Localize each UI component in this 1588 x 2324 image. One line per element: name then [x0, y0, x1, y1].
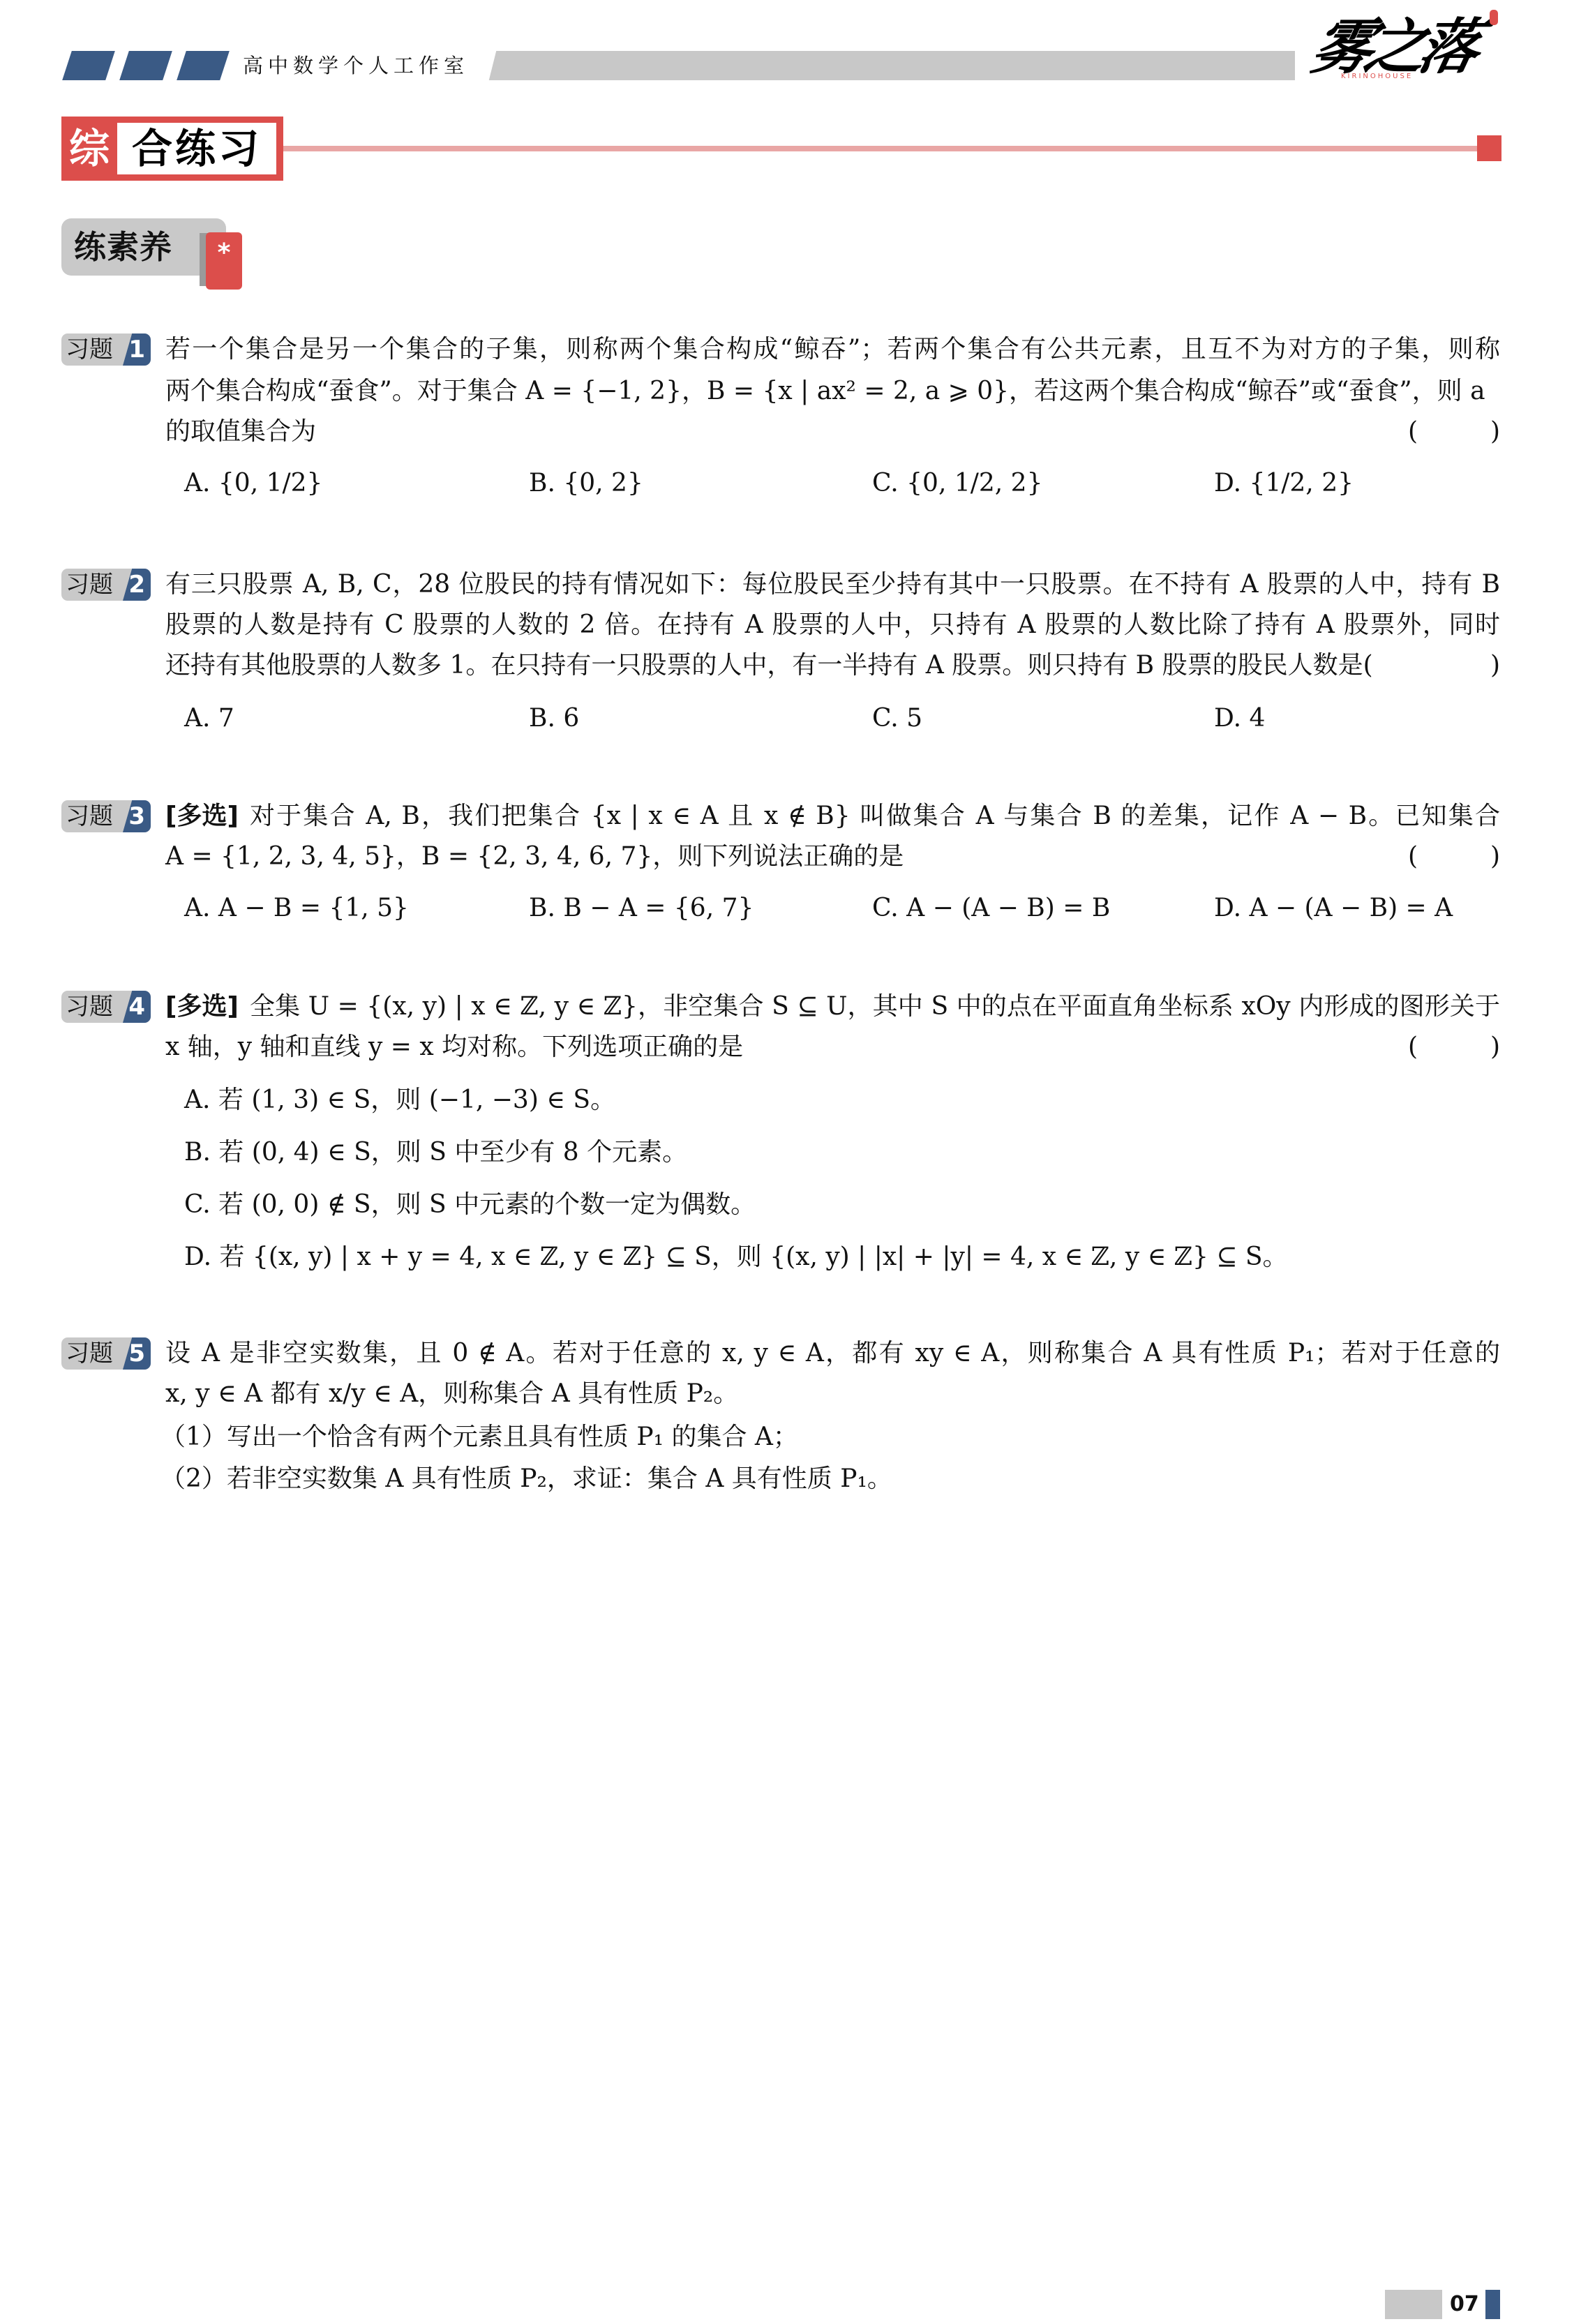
problem-badge-label: 习题 [66, 991, 113, 1023]
answer-blank[interactable]: () [1408, 1030, 1500, 1065]
brand-logo: 雾之落 KIRINOHOUSE [1291, 0, 1507, 82]
section-title-rest: 合练习 [117, 123, 276, 174]
problem-badge: 习题 2 [61, 569, 151, 601]
sub-question-2: （2）若非空实数集 A 具有性质 P₂，求证：集合 A 具有性质 P₁。 [160, 1462, 1495, 1497]
problem-badge-label: 习题 [66, 800, 113, 832]
problem-badge: 习题 3 [61, 800, 151, 832]
problem-text-line: 有三只股票 A, B, C，28 位股民的持有情况如下：每位股民至少持有其中一只… [165, 567, 1500, 602]
star-icon: * [206, 232, 242, 290]
option-a[interactable]: A. {0, 1/2} [184, 466, 322, 501]
problem-badge-label: 习题 [66, 333, 113, 366]
option-b[interactable]: B. 若 (0, 4) ∈ S，则 S 中至少有 8 个元素。 [184, 1135, 687, 1170]
logo-seal-icon [1490, 10, 1498, 25]
problem-text-line: 对于集合 A, B，我们把集合 {x | x ∈ A 且 x ∉ B} 叫做集合… [250, 799, 1500, 834]
header-stripe-2 [119, 51, 172, 80]
problem-number: 1 [128, 333, 145, 366]
sub-question-1: （1）写出一个恰含有两个元素且具有性质 P₁ 的集合 A； [160, 1420, 1495, 1455]
problem-badge-label: 习题 [66, 569, 113, 601]
problem-text-line: x, y ∈ A 都有 x/y ∈ A，则称集合 A 具有性质 P₂。 [165, 1377, 1500, 1411]
page-number: 07 [1450, 2290, 1479, 2319]
header-gray-bar [500, 51, 1295, 80]
answer-blank[interactable]: () [1408, 414, 1500, 449]
option-b[interactable]: B. B − A = {6, 7} [529, 891, 754, 926]
option-c[interactable]: C. 若 (0, 0) ∉ S，则 S 中元素的个数一定为偶数。 [184, 1187, 756, 1222]
header-stripe-1 [62, 51, 115, 80]
footer-blue-block [1485, 2290, 1500, 2319]
problem-text-line: 设 A 是非空实数集，且 0 ∉ A。若对于任意的 x, y ∈ A，都有 xy… [165, 1336, 1500, 1371]
problem-text-line: 全集 U = {(x, y) | x ∈ ℤ, y ∈ ℤ}，非空集合 S ⊆ … [250, 989, 1500, 1024]
answer-blank[interactable]: ) [1408, 648, 1500, 683]
subsection-badge: 练素养 * [61, 218, 226, 276]
multi-select-tag: [多选] [165, 799, 239, 834]
option-d[interactable]: D. 4 [1214, 701, 1265, 736]
section-title-first-char: 综 [67, 123, 112, 174]
logo-subtext: KIRINOHOUSE [1341, 73, 1413, 80]
problem-number: 4 [128, 991, 145, 1023]
option-b[interactable]: B. 6 [529, 701, 579, 736]
problem-badge-label: 习题 [66, 1337, 113, 1370]
problem-text-line: 股票的人数是持有 C 股票的人数的 2 倍。在持有 A 股票的人中，只持有 A … [165, 608, 1500, 643]
option-d[interactable]: D. {1/2, 2} [1214, 466, 1354, 501]
problem-text-line: 两个集合构成“蚕食”。对于集合 A = {−1, 2}，B = {x | ax²… [165, 374, 1500, 409]
multi-select-tag: [多选] [165, 989, 239, 1024]
footer-gray-block [1385, 2290, 1442, 2319]
problem-badge: 习题 1 [61, 333, 151, 366]
option-a[interactable]: A. 若 (1, 3) ∈ S，则 (−1, −3) ∈ S。 [184, 1083, 615, 1118]
problem-text-line: x 轴，y 轴和直线 y = x 均对称。下列选项正确的是 [165, 1030, 1500, 1065]
section-title-rule [283, 146, 1478, 151]
problem-badge: 习题 5 [61, 1337, 151, 1370]
option-b[interactable]: B. {0, 2} [529, 466, 643, 501]
problem-number: 5 [128, 1337, 145, 1370]
problem-text-line: 还持有其他股票的人数多 1。在只持有一只股票的人中，有一半持有 A 股票。则只持… [165, 648, 1500, 683]
option-c[interactable]: C. 5 [872, 701, 922, 736]
answer-blank[interactable]: () [1408, 839, 1500, 874]
problem-number: 3 [128, 800, 145, 832]
option-a[interactable]: A. 7 [184, 701, 234, 736]
problem-text-line: 若一个集合是另一个集合的子集，则称两个集合构成“鲸吞”；若两个集合有公共元素，且… [165, 332, 1500, 367]
header-stripe-3 [177, 51, 230, 80]
problem-text-line: A = {1, 2, 3, 4, 5}，B = {2, 3, 4, 6, 7}，… [165, 839, 1500, 874]
problem-number: 2 [128, 569, 145, 601]
option-d[interactable]: D. A − (A − B) = A [1214, 891, 1453, 926]
option-a[interactable]: A. A − B = {1, 5} [184, 891, 409, 926]
option-c[interactable]: C. {0, 1/2, 2} [872, 466, 1042, 501]
option-d[interactable]: D. 若 {(x, y) | x + y = 4, x ∈ ℤ, y ∈ ℤ} … [184, 1240, 1288, 1275]
section-title-end-square [1477, 135, 1501, 161]
subsection-label: 练素养 [74, 218, 172, 276]
section-title-box: 综 合练习 [61, 117, 283, 181]
problem-badge: 习题 4 [61, 991, 151, 1023]
problem-text-line: 的取值集合为 [165, 414, 1500, 449]
option-c[interactable]: C. A − (A − B) = B [872, 891, 1110, 926]
studio-name: 高中数学个人工作室 [243, 51, 469, 80]
